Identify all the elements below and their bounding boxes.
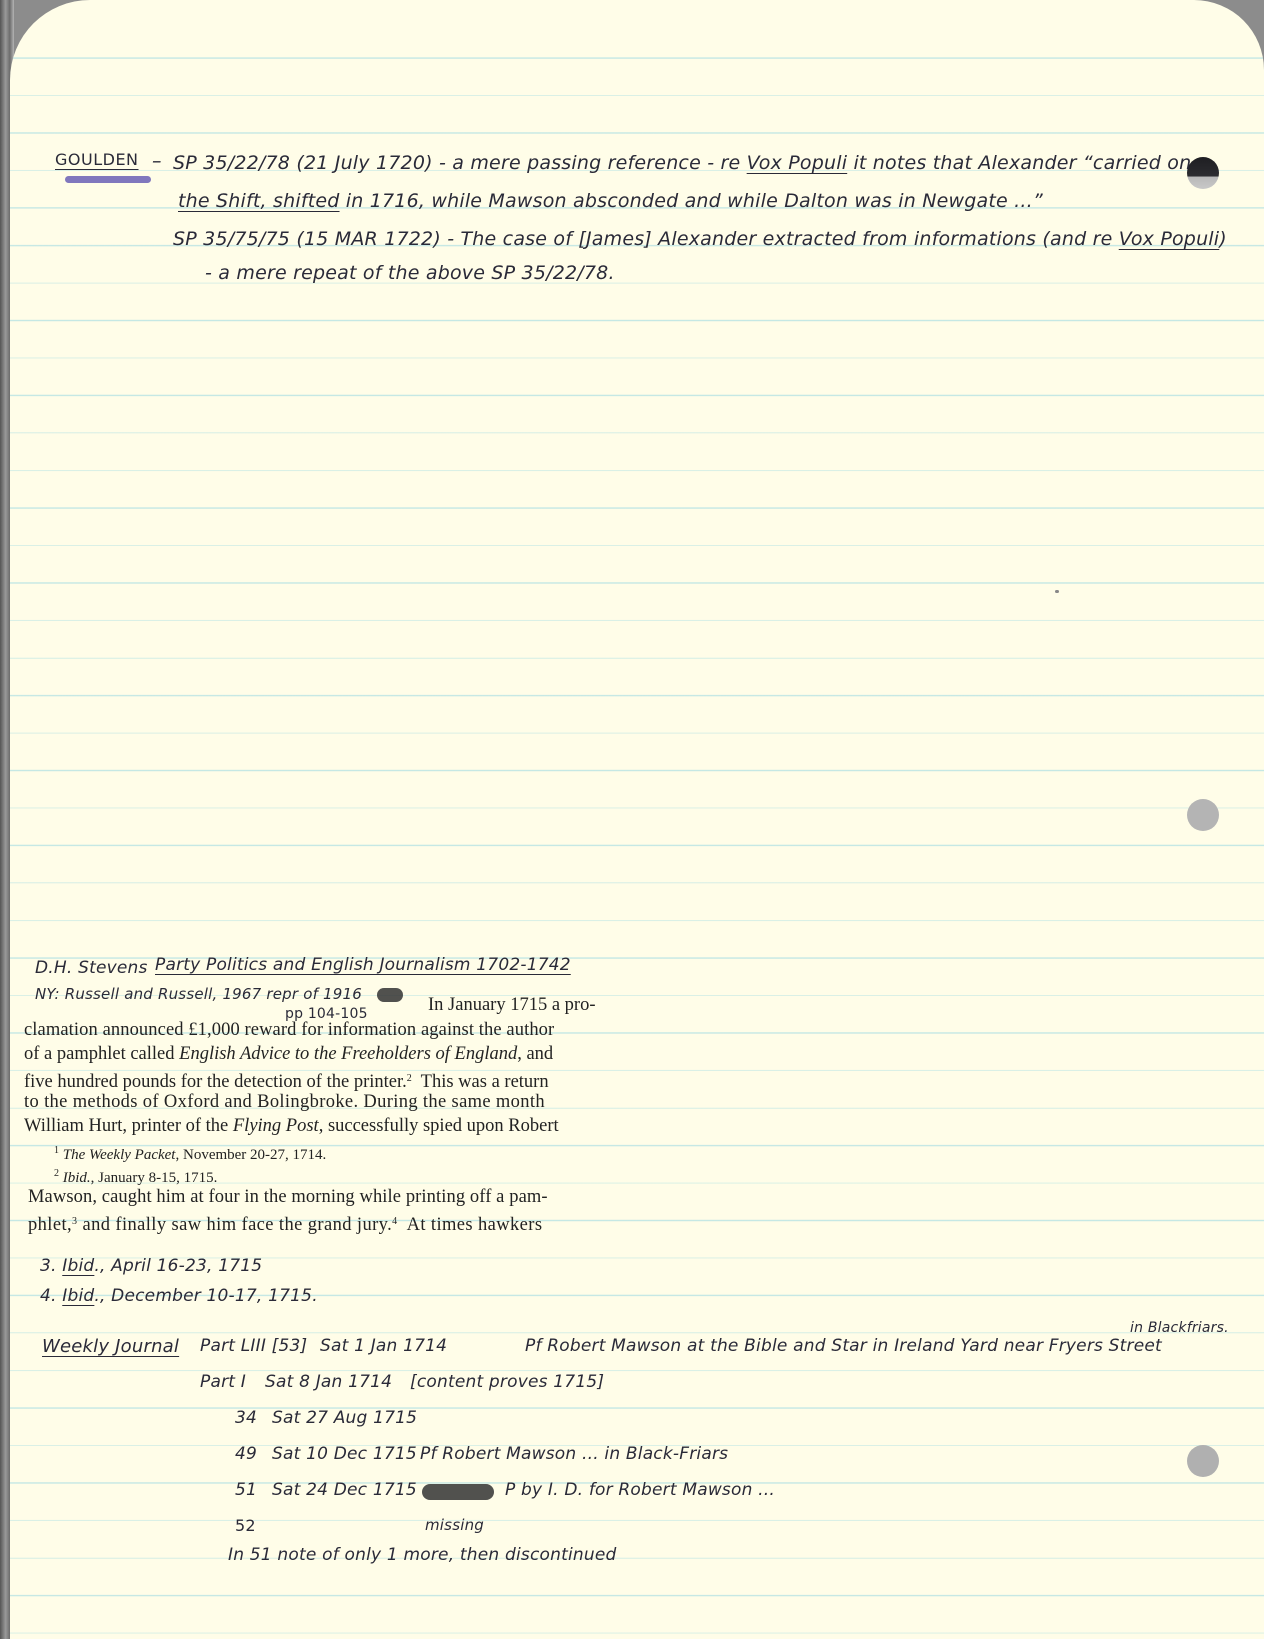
journal-closing-note: In 51 note of only 1 more, then disconti…: [228, 1545, 616, 1565]
goulden-line-2: the Shift, shifted in 1716, while Mawson…: [178, 190, 1043, 212]
journal-entry-label: 51: [235, 1480, 257, 1500]
excerpt-line-3: of a pamphlet called English Advice to t…: [24, 1042, 553, 1067]
goulden-dash: –: [152, 150, 162, 172]
excerpt-line-1: In January 1715 a pro-: [428, 993, 595, 1018]
weekly-journal-heading: Weekly Journal: [42, 1336, 179, 1357]
journal-entry-note: [content proves 1715]: [410, 1372, 604, 1392]
excerpt-line-8: phlet,3 and finally saw him face the gra…: [28, 1209, 542, 1238]
goulden-line-4: - a mere repeat of the above SP 35/22/78…: [205, 262, 615, 284]
punch-hole-top: [1187, 157, 1219, 189]
journal-entry-date: Sat 1 Jan 1714: [320, 1336, 447, 1356]
journal-entry-note: Pf Robert Mawson at the Bible and Star i…: [525, 1336, 1162, 1356]
citation-title: Party Politics and English Journalism 17…: [155, 955, 571, 975]
paper-speck: [1055, 590, 1059, 593]
journal-entry-date: Sat 8 Jan 1714: [265, 1372, 392, 1392]
goulden-heading: GOULDEN: [55, 150, 139, 169]
ink-smudge: [377, 988, 403, 1002]
punch-hole-bottom: [1187, 1445, 1219, 1477]
journal-entry-label: Part I: [200, 1372, 246, 1392]
citation-publisher: NY: Russell and Russell, 1967 repr of 19…: [35, 985, 362, 1003]
journal-entry-date: Sat 10 Dec 1715: [272, 1444, 417, 1464]
ink-blot: [422, 1484, 494, 1500]
journal-entry-note: P by I. D. for Robert Mawson ...: [505, 1480, 775, 1500]
citation-author: D.H. Stevens: [35, 958, 148, 978]
goulden-line-3: SP 35/75/75 (15 MAR 1722) - The case of …: [173, 228, 1227, 250]
excerpt-line-7: Mawson, caught him at four in the mornin…: [28, 1185, 548, 1210]
journal-entry-label: 34: [235, 1408, 257, 1428]
excerpt-line-6: William Hurt, printer of the Flying Post…: [24, 1114, 559, 1139]
punch-hole-middle: [1187, 799, 1219, 831]
journal-entry-date: Sat 27 Aug 1715: [272, 1408, 417, 1428]
journal-entry-label: 49: [235, 1444, 257, 1464]
journal-entry-note: missing: [425, 1516, 484, 1534]
journal-entry-label: 52: [235, 1516, 256, 1535]
excerpt-line-2: clamation announced £1,000 reward for in…: [24, 1018, 554, 1043]
goulden-line-1: SP 35/22/78 (21 July 1720) - a mere pass…: [173, 152, 1191, 174]
journal-entry-date: Sat 24 Dec 1715: [272, 1480, 417, 1500]
notebook-page: GOULDEN – SP 35/22/78 (21 July 1720) - a…: [10, 0, 1264, 1639]
annotation-blackfriars: in Blackfriars.: [1130, 1320, 1229, 1336]
highlight-mark: [65, 176, 151, 183]
handwritten-footnote-3: 3. Ibid., April 16-23, 1715: [40, 1256, 262, 1276]
handwritten-footnote-4: 4. Ibid., December 10-17, 1715.: [40, 1286, 318, 1306]
journal-entry-note: Pf Robert Mawson ... in Black-Friars: [420, 1444, 728, 1464]
excerpt-line-5: to the methods of Oxford and Bolingbroke…: [24, 1090, 545, 1115]
journal-entry-label: Part LIII [53]: [200, 1336, 307, 1356]
